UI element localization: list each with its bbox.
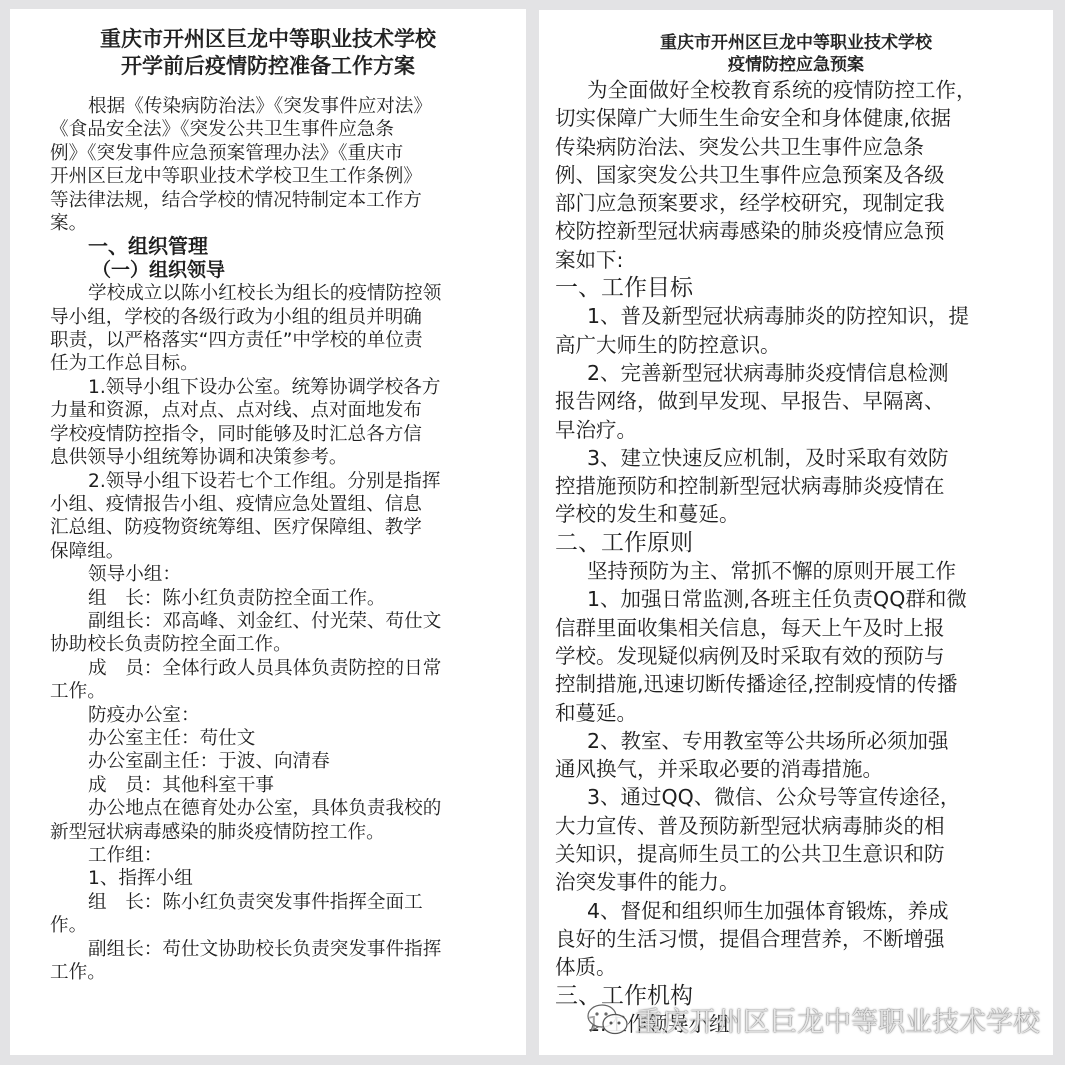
text-line: 息供领导小组统筹协调和决策参考。 [50, 446, 526, 469]
text-line: 1、指挥小组 [50, 867, 526, 890]
text-line: 学校成立以陈小红校长为组长的疫情防控领 [50, 282, 526, 305]
text-line: 新型冠状病毒感染的肺炎疫情防控工作。 [50, 821, 526, 844]
text-line: 学校。发现疑似病例及时采取有效的预防与 [555, 642, 1053, 670]
text-line: 1、加强日常监测,各班主任负责QQ群和微 [555, 585, 1053, 613]
text-line: 1、普及新型冠状病毒肺炎的防控知识，提 [555, 302, 1053, 330]
text-line: 成 员：其他科室干事 [50, 774, 526, 797]
text-line: 体质。 [555, 953, 1053, 981]
text-line: 和蔓延。 [555, 699, 1053, 727]
text-line: 《食品安全法》《突发公共卫生事件应急条 [50, 118, 526, 141]
text-line: 案。 [50, 212, 526, 235]
text-line: 副组长：邓高峰、刘金红、付光荣、苟仕文 [50, 610, 526, 633]
text-line: 学校的发生和蔓延。 [555, 500, 1053, 528]
text-line: 例》《突发事件应急预案管理办法》《重庆市 [50, 142, 526, 165]
text-line: 成 员：全体行政人员具体负责防控的日常 [50, 657, 526, 680]
section-heading: （一）组织领导 [50, 259, 526, 282]
text-line: 1.领导小组下设办公室。统筹协调学校各方 [50, 376, 526, 399]
text-line: 部门应急预案要求，经学校研究，现制定我 [555, 189, 1053, 217]
section-heading: 二、工作原则 [555, 529, 1053, 557]
text-line: 导小组，学校的各级行政为小组的组员并明确 [50, 306, 526, 329]
text-line: 3、建立快速反应机制，及时采取有效防 [555, 444, 1053, 472]
title-line: 疫情防控应急预案 [539, 54, 1053, 76]
right-document-page: 重庆市开州区巨龙中等职业技术学校 疫情防控应急预案 为全面做好全校教育系统的疫情… [539, 10, 1053, 1055]
text-line: 开州区巨龙中等职业技术学校卫生工作条例》 [50, 165, 526, 188]
text-line: 组 长：陈小红负责突发事件指挥全面工 [50, 891, 526, 914]
text-line: 高广大师生的防控意识。 [555, 331, 1053, 359]
text-line: 学校疫情防控指令，同时能够及时汇总各方信 [50, 423, 526, 446]
text-line: 职责，以严格落实“四方责任”中学校的单位责 [50, 329, 526, 352]
text-line: 副组长：苟仕文协助校长负责突发事件指挥 [50, 938, 526, 961]
text-line: 通风换气，并采取必要的消毒措施。 [555, 755, 1053, 783]
text-line: 控制措施,迅速切断传播途径,控制疫情的传播 [555, 670, 1053, 698]
text-line: 关知识，提高师生员工的公共卫生意识和防 [555, 840, 1053, 868]
section-heading: 一、工作目标 [555, 274, 1053, 302]
left-document-title: 重庆市开州区巨龙中等职业技术学校 开学前后疫情防控准备工作方案 [10, 26, 526, 80]
text-line: 4、督促和组织师生加强体育锻炼，养成 [555, 897, 1053, 925]
text-line: 等法律法规，结合学校的情况特制定本工作方 [50, 189, 526, 212]
text-line: 领导小组： [50, 563, 526, 586]
text-line: 大力宣传、普及预防新型冠状病毒肺炎的相 [555, 812, 1053, 840]
watermark-text: 重庆开州区巨龙中等职业技术学校 [635, 1000, 1040, 1039]
text-line: 校防控新型冠状病毒感染的肺炎疫情应急预 [555, 217, 1053, 245]
text-line: 小组、疫情报告小组、疫情应急处置组、信息 [50, 493, 526, 516]
text-line: 汇总组、防疫物资统筹组、医疗保障组、教学 [50, 516, 526, 539]
text-line: 根据《传染病防治法》《突发事件应对法》 [50, 95, 526, 118]
text-line: 坚持预防为主、常抓不懈的原则开展工作 [555, 557, 1053, 585]
text-line: 治突发事件的能力。 [555, 868, 1053, 896]
text-line: 防疫办公室： [50, 704, 526, 727]
title-line: 重庆市开州区巨龙中等职业技术学校 [539, 32, 1053, 54]
text-line: 工作组： [50, 844, 526, 867]
text-line: 2.领导小组下设若七个工作组。分别是指挥 [50, 470, 526, 493]
text-line: 办公地点在德育处办公室，具体负责我校的 [50, 797, 526, 820]
text-line: 报告网络，做到早发现、早报告、早隔离、 [555, 387, 1053, 415]
right-document-body: 为全面做好全校教育系统的疫情防控工作，切实保障广大师生生命安全和身体健康,依据传… [539, 76, 1053, 1038]
text-line: 力量和资源，点对点、点对线、点对面地发布 [50, 399, 526, 422]
text-line: 工作。 [50, 680, 526, 703]
wechat-watermark: 重庆开州区巨龙中等职业技术学校 [585, 1000, 1040, 1039]
wechat-icon [585, 1003, 631, 1037]
right-document-title: 重庆市开州区巨龙中等职业技术学校 疫情防控应急预案 [539, 32, 1053, 76]
title-line: 开学前后疫情防控准备工作方案 [10, 53, 526, 80]
text-line: 任为工作总目标。 [50, 352, 526, 375]
title-line: 重庆市开州区巨龙中等职业技术学校 [10, 26, 526, 53]
text-line: 协助校长负责防控全面工作。 [50, 633, 526, 656]
text-line: 为全面做好全校教育系统的疫情防控工作， [555, 76, 1053, 104]
text-line: 控措施预防和控制新型冠状病毒肺炎疫情在 [555, 472, 1053, 500]
text-line: 工作。 [50, 961, 526, 984]
text-line: 例、国家突发公共卫生事件应急预案及各级 [555, 161, 1053, 189]
left-document-page: 重庆市开州区巨龙中等职业技术学校 开学前后疫情防控准备工作方案 根据《传染病防治… [10, 9, 526, 1055]
text-line: 案如下: [555, 246, 1053, 274]
text-line: 2、完善新型冠状病毒肺炎疫情信息检测 [555, 359, 1053, 387]
text-line: 传染病防治法、突发公共卫生事件应急条 [555, 133, 1053, 161]
left-document-body: 根据《传染病防治法》《突发事件应对法》《食品安全法》《突发公共卫生事件应急条例》… [10, 95, 526, 984]
text-line: 良好的生活习惯，提倡合理营养，不断增强 [555, 925, 1053, 953]
text-line: 办公室副主任：于波、向清春 [50, 750, 526, 773]
text-line: 办公室主任：苟仕文 [50, 727, 526, 750]
text-line: 3、通过QQ、微信、公众号等宣传途径， [555, 783, 1053, 811]
text-line: 组 长：陈小红负责防控全面工作。 [50, 587, 526, 610]
text-line: 作。 [50, 914, 526, 937]
text-line: 信群里面收集相关信息，每天上午及时上报 [555, 614, 1053, 642]
text-line: 保障组。 [50, 540, 526, 563]
text-line: 切实保障广大师生生命安全和身体健康,依据 [555, 104, 1053, 132]
text-line: 早治疗。 [555, 416, 1053, 444]
section-heading: 一、组织管理 [50, 235, 526, 258]
text-line: 2、教室、专用教室等公共场所必须加强 [555, 727, 1053, 755]
